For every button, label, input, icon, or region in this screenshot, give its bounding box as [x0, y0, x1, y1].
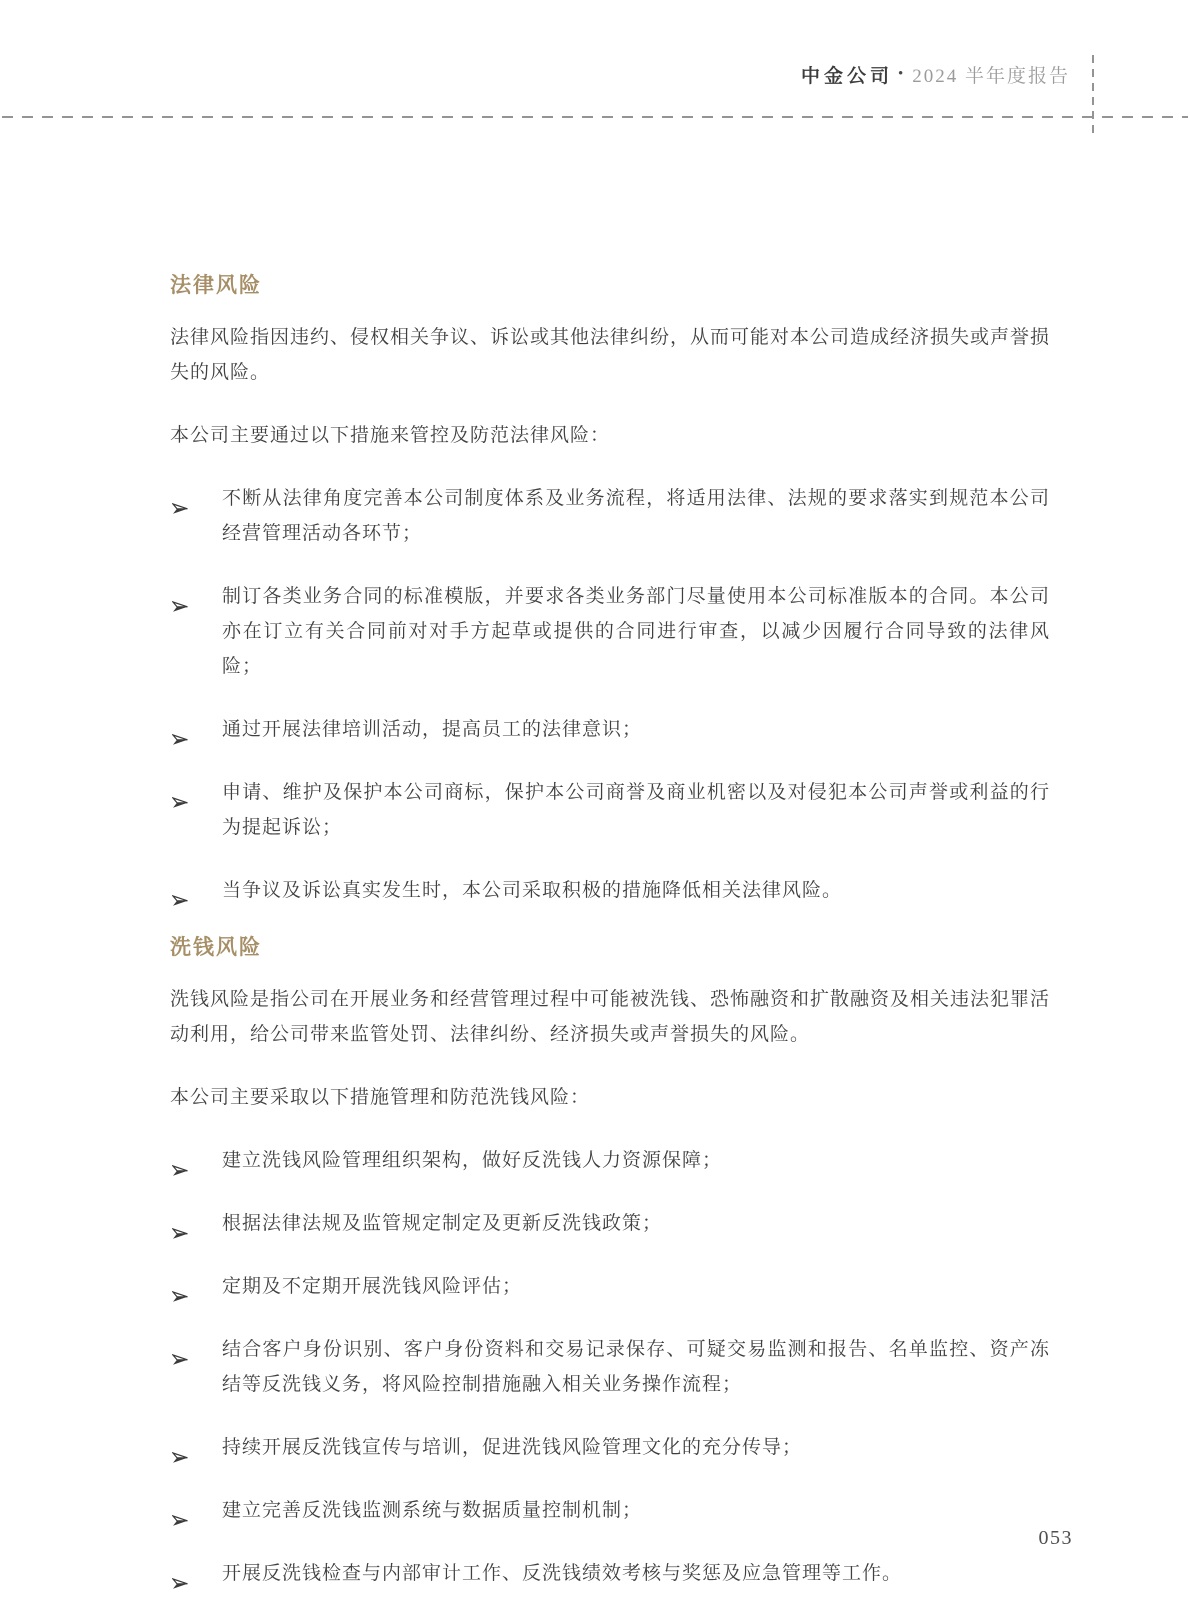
header-vertical-dashed-rule [1092, 55, 1094, 138]
bullet-item: 定期及不定期开展洗钱风险评估； [170, 1269, 1050, 1304]
bullet-text: 定期及不定期开展洗钱风险评估； [222, 1276, 522, 1297]
section-money-laundering-risk: 洗钱风险 洗钱风险是指公司在开展业务和经营管理过程中可能被洗钱、恐怖融资和扩散融… [170, 934, 1050, 1591]
bullet-item: 建立洗钱风险管理组织架构，做好反洗钱人力资源保障； [170, 1143, 1050, 1178]
bullet-arrow-icon [172, 884, 189, 896]
bullet-list-legal-risk: 不断从法律角度完善本公司制度体系及业务流程，将适用法律、法规的要求落实到规范本公… [170, 481, 1050, 908]
bullet-item: 当争议及诉讼真实发生时，本公司采取积极的措施降低相关法律风险。 [170, 873, 1050, 908]
bullet-item: 根据法律法规及监管规定制定及更新反洗钱政策； [170, 1206, 1050, 1241]
section-title-legal-risk: 法律风险 [170, 272, 1050, 300]
bullet-arrow-icon [172, 1343, 189, 1355]
bullet-text: 建立完善反洗钱监测系统与数据质量控制机制； [222, 1500, 642, 1521]
bullet-arrow-icon [172, 786, 189, 798]
bullet-item: 建立完善反洗钱监测系统与数据质量控制机制； [170, 1493, 1050, 1528]
company-name: 中金公司 [801, 61, 893, 88]
bullet-text: 申请、维护及保护本公司商标，保护本公司商誉及商业机密以及对侵犯本公司声誉或利益的… [222, 782, 1050, 838]
bullet-item: 制订各类业务合同的标准模版，并要求各类业务部门尽量使用本公司标准版本的合同。本公… [170, 579, 1050, 684]
bullet-arrow-icon [172, 590, 189, 602]
page-number: 053 [1039, 1527, 1074, 1550]
bullet-text: 当争议及诉讼真实发生时，本公司采取积极的措施降低相关法律风险。 [222, 880, 842, 901]
bullet-arrow-icon [172, 1154, 189, 1166]
header-horizontal-dashed-rule [2, 116, 1188, 118]
bullet-arrow-icon [172, 1441, 189, 1453]
report-title: 2024 半年度报告 [912, 61, 1070, 88]
bullet-text: 建立洗钱风险管理组织架构，做好反洗钱人力资源保障； [222, 1150, 722, 1171]
report-page: 中金公司 • 2024 半年度报告 法律风险 法律风险指因违约、侵权相关争议、诉… [0, 0, 1190, 1615]
dot-separator-icon: • [898, 66, 903, 83]
bullet-text: 通过开展法律培训活动，提高员工的法律意识； [222, 719, 642, 740]
section-title-money-laundering-risk: 洗钱风险 [170, 934, 1050, 962]
bullet-item: 开展反洗钱检查与内部审计工作、反洗钱绩效考核与奖惩及应急管理等工作。 [170, 1556, 1050, 1591]
bullet-text: 不断从法律角度完善本公司制度体系及业务流程，将适用法律、法规的要求落实到规范本公… [222, 488, 1050, 544]
page-header: 中金公司 • 2024 半年度报告 [801, 61, 1070, 88]
bullet-item: 通过开展法律培训活动，提高员工的法律意识； [170, 712, 1050, 747]
paragraph: 洗钱风险是指公司在开展业务和经营管理过程中可能被洗钱、恐怖融资和扩散融资及相关违… [170, 982, 1050, 1052]
bullet-text: 制订各类业务合同的标准模版，并要求各类业务部门尽量使用本公司标准版本的合同。本公… [222, 586, 1050, 677]
bullet-arrow-icon [172, 1567, 189, 1579]
bullet-item: 申请、维护及保护本公司商标，保护本公司商誉及商业机密以及对侵犯本公司声誉或利益的… [170, 775, 1050, 845]
bullet-text: 结合客户身份识别、客户身份资料和交易记录保存、可疑交易监测和报告、名单监控、资产… [222, 1339, 1050, 1395]
bullet-text: 开展反洗钱检查与内部审计工作、反洗钱绩效考核与奖惩及应急管理等工作。 [222, 1563, 902, 1584]
bullet-arrow-icon [172, 1280, 189, 1292]
bullet-list-money-laundering-risk: 建立洗钱风险管理组织架构，做好反洗钱人力资源保障； 根据法律法规及监管规定制定及… [170, 1143, 1050, 1591]
bullet-arrow-icon [172, 723, 189, 735]
bullet-item: 不断从法律角度完善本公司制度体系及业务流程，将适用法律、法规的要求落实到规范本公… [170, 481, 1050, 551]
bullet-arrow-icon [172, 1504, 189, 1516]
section-legal-risk: 法律风险 法律风险指因违约、侵权相关争议、诉讼或其他法律纠纷，从而可能对本公司造… [170, 272, 1050, 908]
paragraph-lead-in: 本公司主要通过以下措施来管控及防范法律风险： [170, 418, 1050, 453]
bullet-item: 持续开展反洗钱宣传与培训，促进洗钱风险管理文化的充分传导； [170, 1430, 1050, 1465]
bullet-arrow-icon [172, 492, 189, 504]
page-content: 法律风险 法律风险指因违约、侵权相关争议、诉讼或其他法律纠纷，从而可能对本公司造… [170, 272, 1050, 1591]
paragraph: 法律风险指因违约、侵权相关争议、诉讼或其他法律纠纷，从而可能对本公司造成经济损失… [170, 320, 1050, 390]
bullet-arrow-icon [172, 1217, 189, 1229]
bullet-text: 根据法律法规及监管规定制定及更新反洗钱政策； [222, 1213, 662, 1234]
paragraph-lead-in: 本公司主要采取以下措施管理和防范洗钱风险： [170, 1080, 1050, 1115]
bullet-item: 结合客户身份识别、客户身份资料和交易记录保存、可疑交易监测和报告、名单监控、资产… [170, 1332, 1050, 1402]
bullet-text: 持续开展反洗钱宣传与培训，促进洗钱风险管理文化的充分传导； [222, 1437, 802, 1458]
